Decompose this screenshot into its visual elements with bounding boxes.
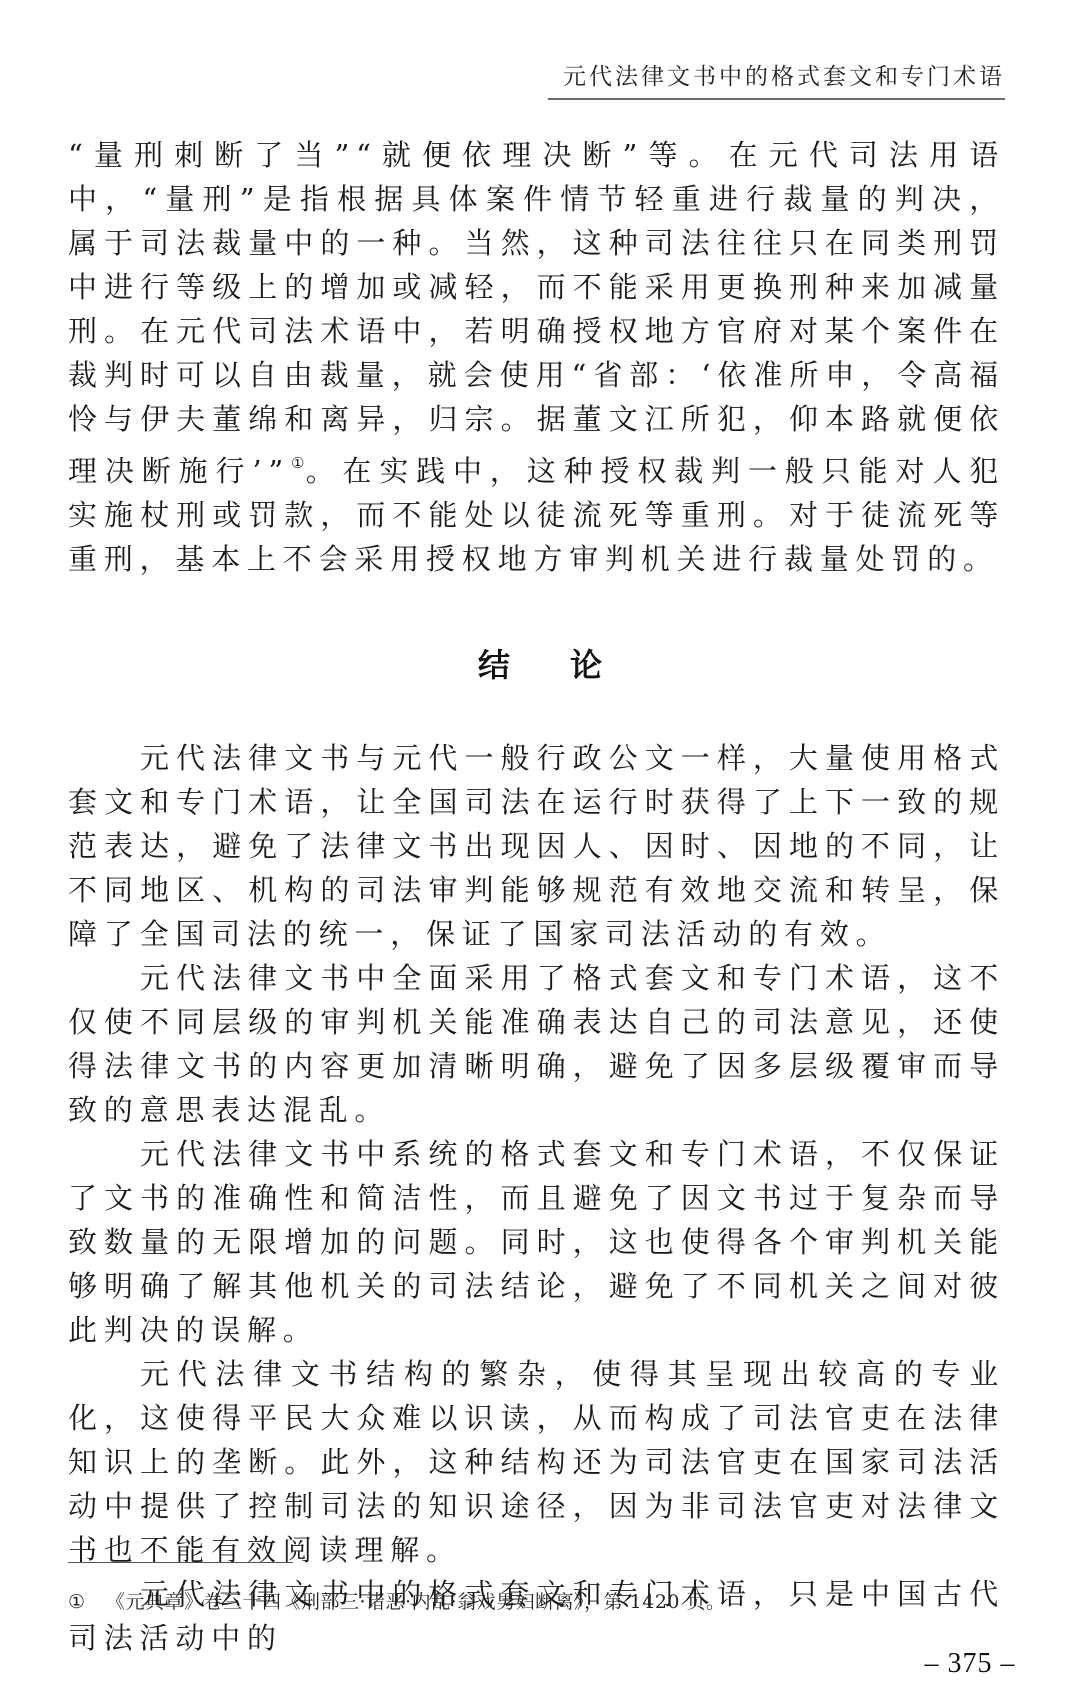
footnote: ①《元典章》卷三十四《刑部三·诸恶·内乱·翁戏男妇断离》，第 1420 页。 [68, 1588, 1005, 1616]
footnote-reference-link[interactable]: ① [290, 454, 306, 472]
section-heading-conclusion: 结论 [0, 640, 1080, 686]
conclusion-paragraph-5: 元代法律文书中的格式套文和专门术语，只是中国古代司法活动中的 [68, 1572, 1005, 1660]
conclusion-paragraph-3: 元代法律文书中系统的格式套文和专门术语，不仅保证了文书的准确性和简洁性，而且避免… [68, 1132, 1005, 1352]
conclusion-paragraph-2: 元代法律文书中全面采用了格式套文和专门术语，这不仅使不同层级的审判机关能准确表达… [68, 956, 1005, 1132]
conclusion-paragraph-1: 元代法律文书与元代一般行政公文一样，大量使用格式套文和专门术语，让全国司法在运行… [68, 736, 1005, 956]
footnote-text: 《元典章》卷三十四《刑部三·诸恶·内乱·翁戏男妇断离》，第 1420 页。 [106, 1591, 726, 1613]
footnote-marker: ① [68, 1588, 106, 1616]
running-header: 元代法律文书中的格式套文和专门术语 [548, 60, 1005, 100]
document-page: 元代法律文书中的格式套文和专门术语 “量刑刺断了当”“就便依理决断”等。在元代司… [0, 0, 1080, 1695]
conclusion-block: 元代法律文书与元代一般行政公文一样，大量使用格式套文和专门术语，让全国司法在运行… [68, 736, 1005, 1660]
paragraph-continued: “量刑刺断了当”“就便依理决断”等。在元代司法用语中，“量刑”是指根据具体案件情… [68, 133, 1005, 581]
page-number: – 375 – [900, 1648, 1040, 1680]
paragraph-text-before-note: “量刑刺断了当”“就便依理决断”等。在元代司法用语中，“量刑”是指根据具体案件情… [68, 138, 1005, 488]
footnote-separator-rule [68, 1562, 293, 1563]
top-paragraph-block: “量刑刺断了当”“就便依理决断”等。在元代司法用语中，“量刑”是指根据具体案件情… [68, 133, 1005, 581]
conclusion-paragraph-4: 元代法律文书结构的繁杂，使得其呈现出较高的专业化，这使得平民大众难以识读，从而构… [68, 1352, 1005, 1572]
